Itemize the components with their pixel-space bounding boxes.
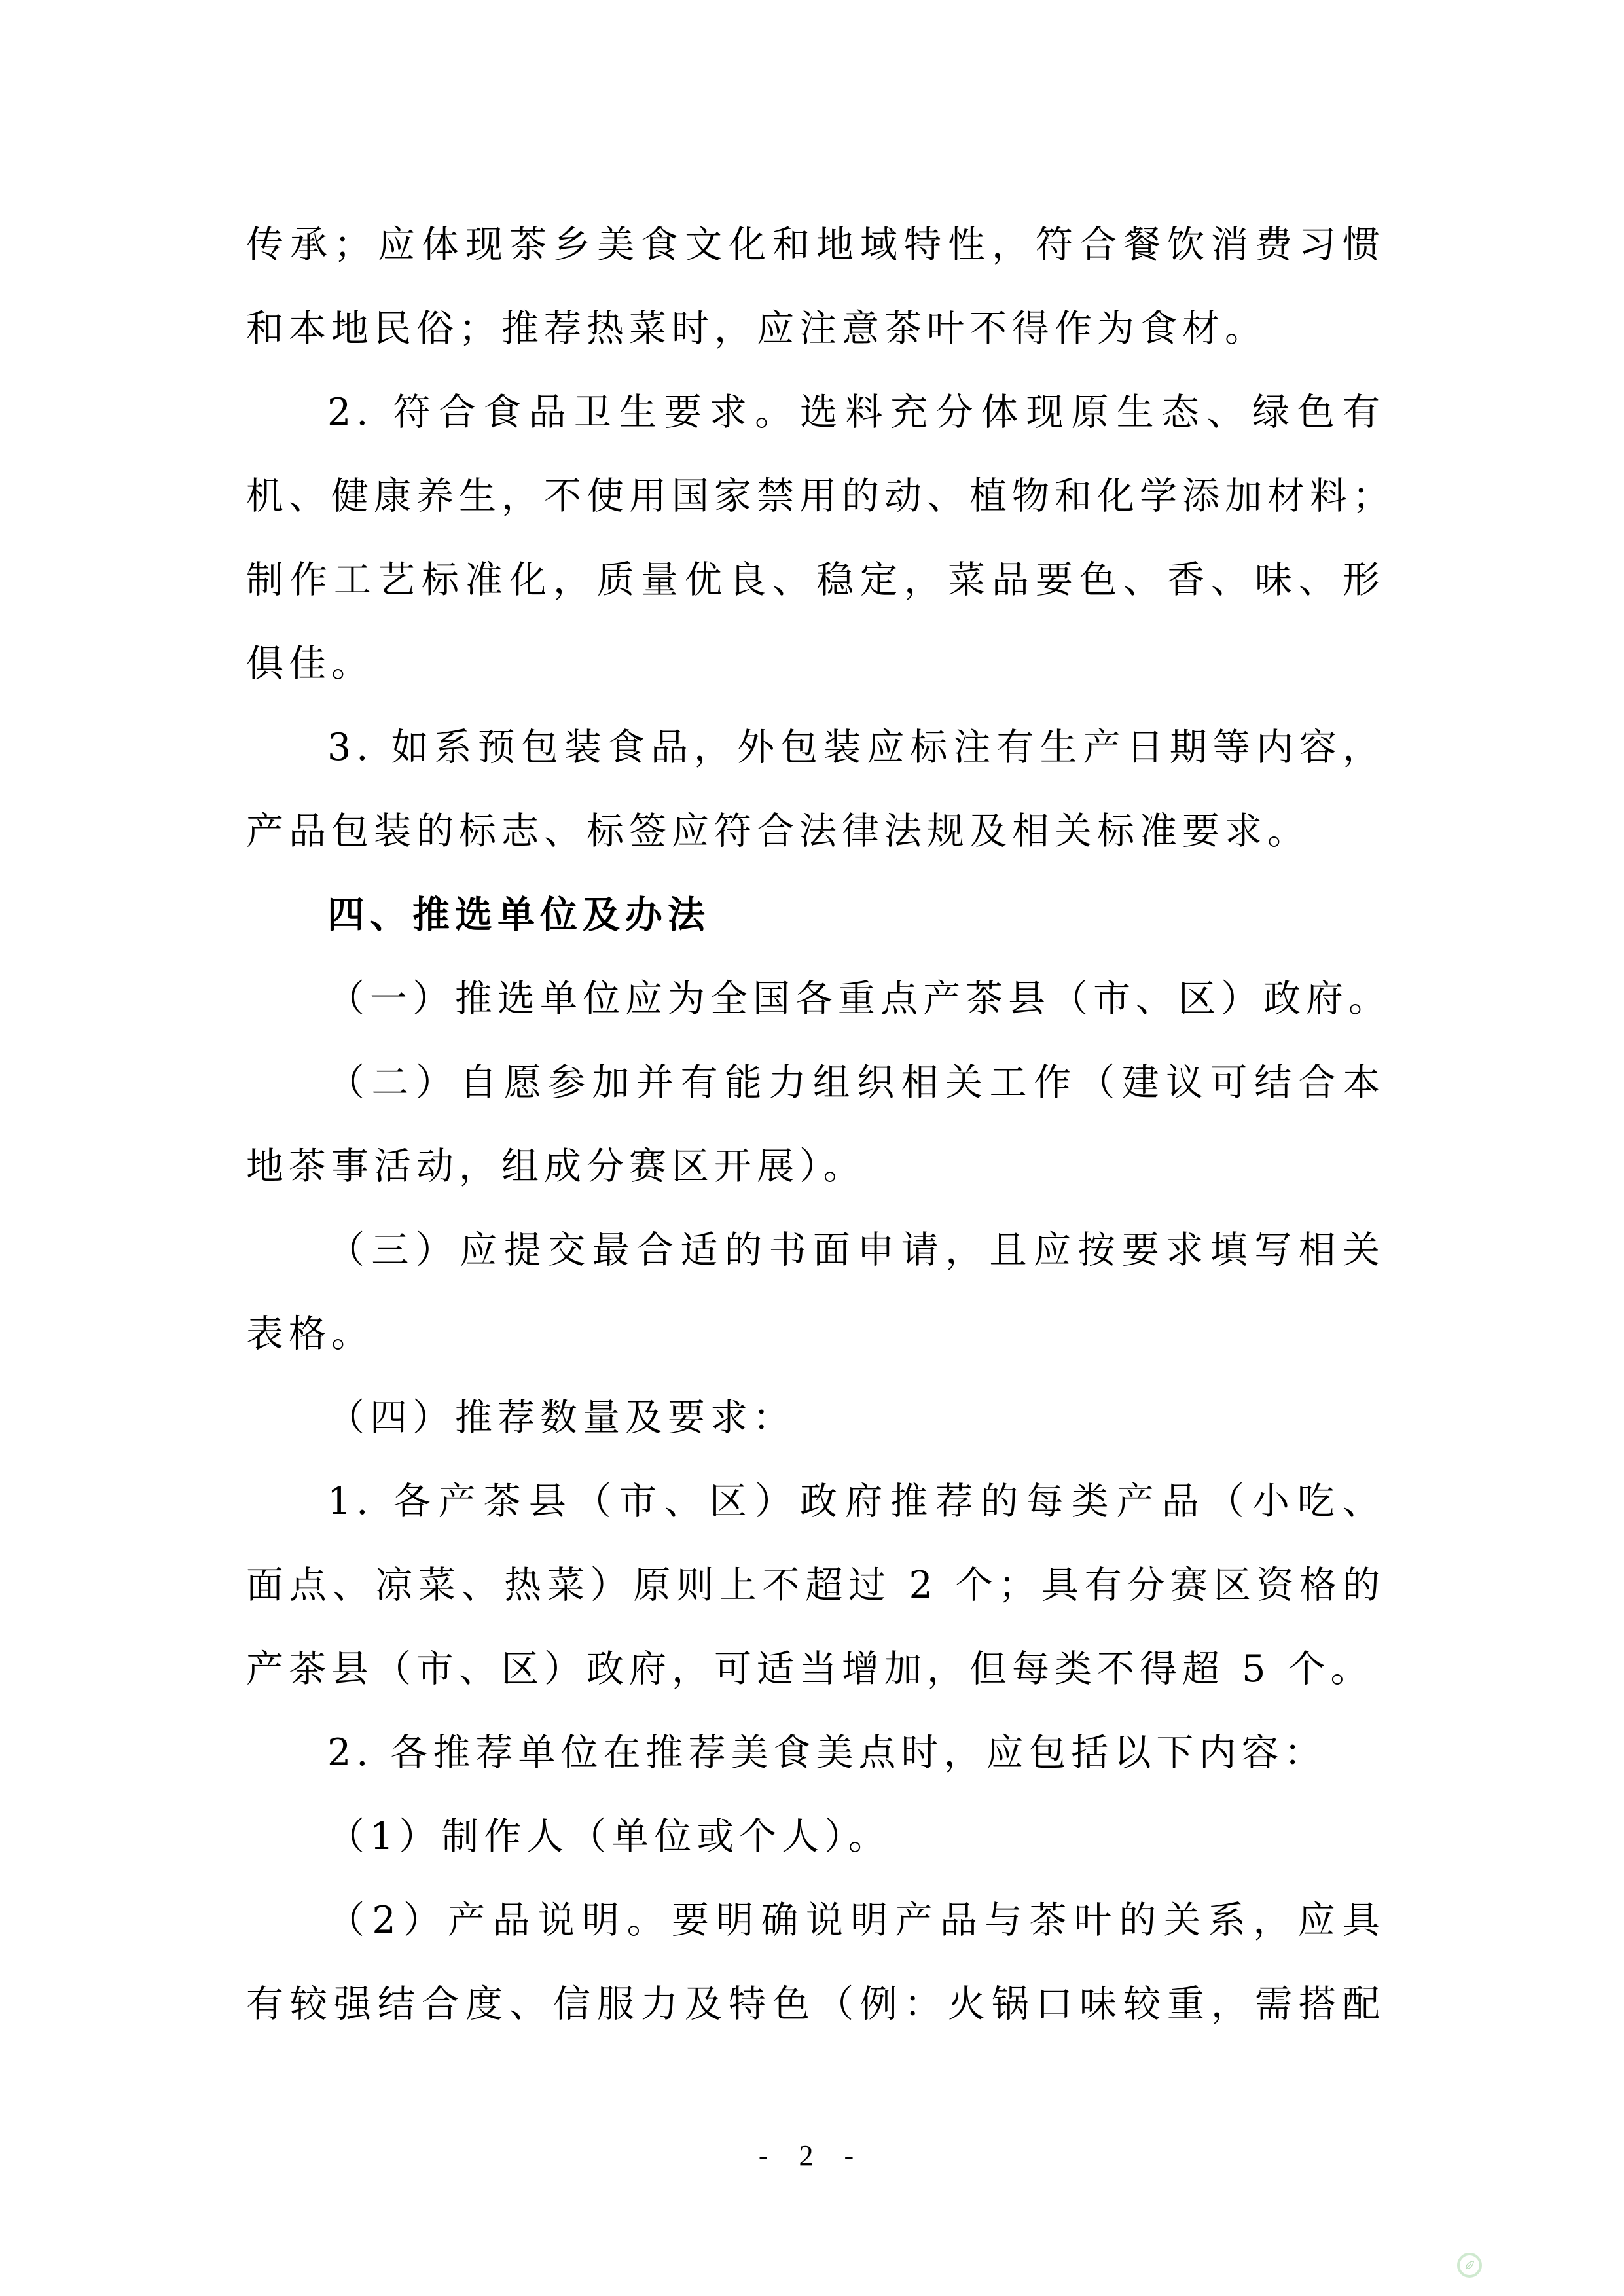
paragraph-line: 传承；应体现茶乡美食文化和地域特性，符合餐饮消费习惯 [246,203,1385,287]
paragraph-line: （二）自愿参加并有能力组织相关工作（建议可结合本 [246,1041,1385,1124]
paragraph-line: 表格。 [246,1292,1385,1376]
paragraph-line: 产品包装的标志、标签应符合法律法规及相关标准要求。 [246,789,1385,873]
paragraph-line: （2）产品说明。要明确说明产品与茶叶的关系，应具 [246,1878,1385,1962]
document-body: 传承；应体现茶乡美食文化和地域特性，符合餐饮消费习惯 和本地民俗；推荐热菜时，应… [246,203,1385,2046]
paragraph-line: 有较强结合度、信服力及特色（例：火锅口味较重，需搭配 [246,1962,1385,2046]
paragraph-line: 地茶事活动，组成分赛区开展）。 [246,1124,1385,1208]
page-number: - 2 - [0,2139,1624,2172]
section-heading: 四、推选单位及办法 [246,873,1385,957]
paragraph-line: 3. 如系预包装食品，外包装应标注有生产日期等内容， [246,706,1385,789]
paragraph-line: （一）推选单位应为全国各重点产茶县（市、区）政府。 [246,957,1385,1041]
paragraph-line: 制作工艺标准化，质量优良、稳定，菜品要色、香、味、形 [246,538,1385,622]
paragraph-line: 产茶县（市、区）政府，可适当增加，但每类不得超 5 个。 [246,1627,1385,1711]
paragraph-line: 机、健康养生，不使用国家禁用的动、植物和化学添加材料； [246,454,1385,538]
paragraph-line: （1）制作人（单位或个人）。 [246,1795,1385,1878]
paragraph-line: 俱佳。 [246,622,1385,706]
paragraph-line: 2. 各推荐单位在推荐美食美点时，应包括以下内容： [246,1711,1385,1795]
paragraph-line: （四）推荐数量及要求： [246,1376,1385,1460]
watermark-stamp [1457,2253,1482,2278]
paragraph-line: （三）应提交最合适的书面申请，且应按要求填写相关 [246,1208,1385,1292]
paragraph-line: 和本地民俗；推荐热菜时，应注意茶叶不得作为食材。 [246,287,1385,370]
paragraph-line: 1. 各产茶县（市、区）政府推荐的每类产品（小吃、 [246,1460,1385,1543]
leaf-icon [1464,2259,1475,2271]
paragraph-line: 2. 符合食品卫生要求。选料充分体现原生态、绿色有 [246,370,1385,454]
paragraph-line: 面点、凉菜、热菜）原则上不超过 2 个；具有分赛区资格的 [246,1543,1385,1627]
